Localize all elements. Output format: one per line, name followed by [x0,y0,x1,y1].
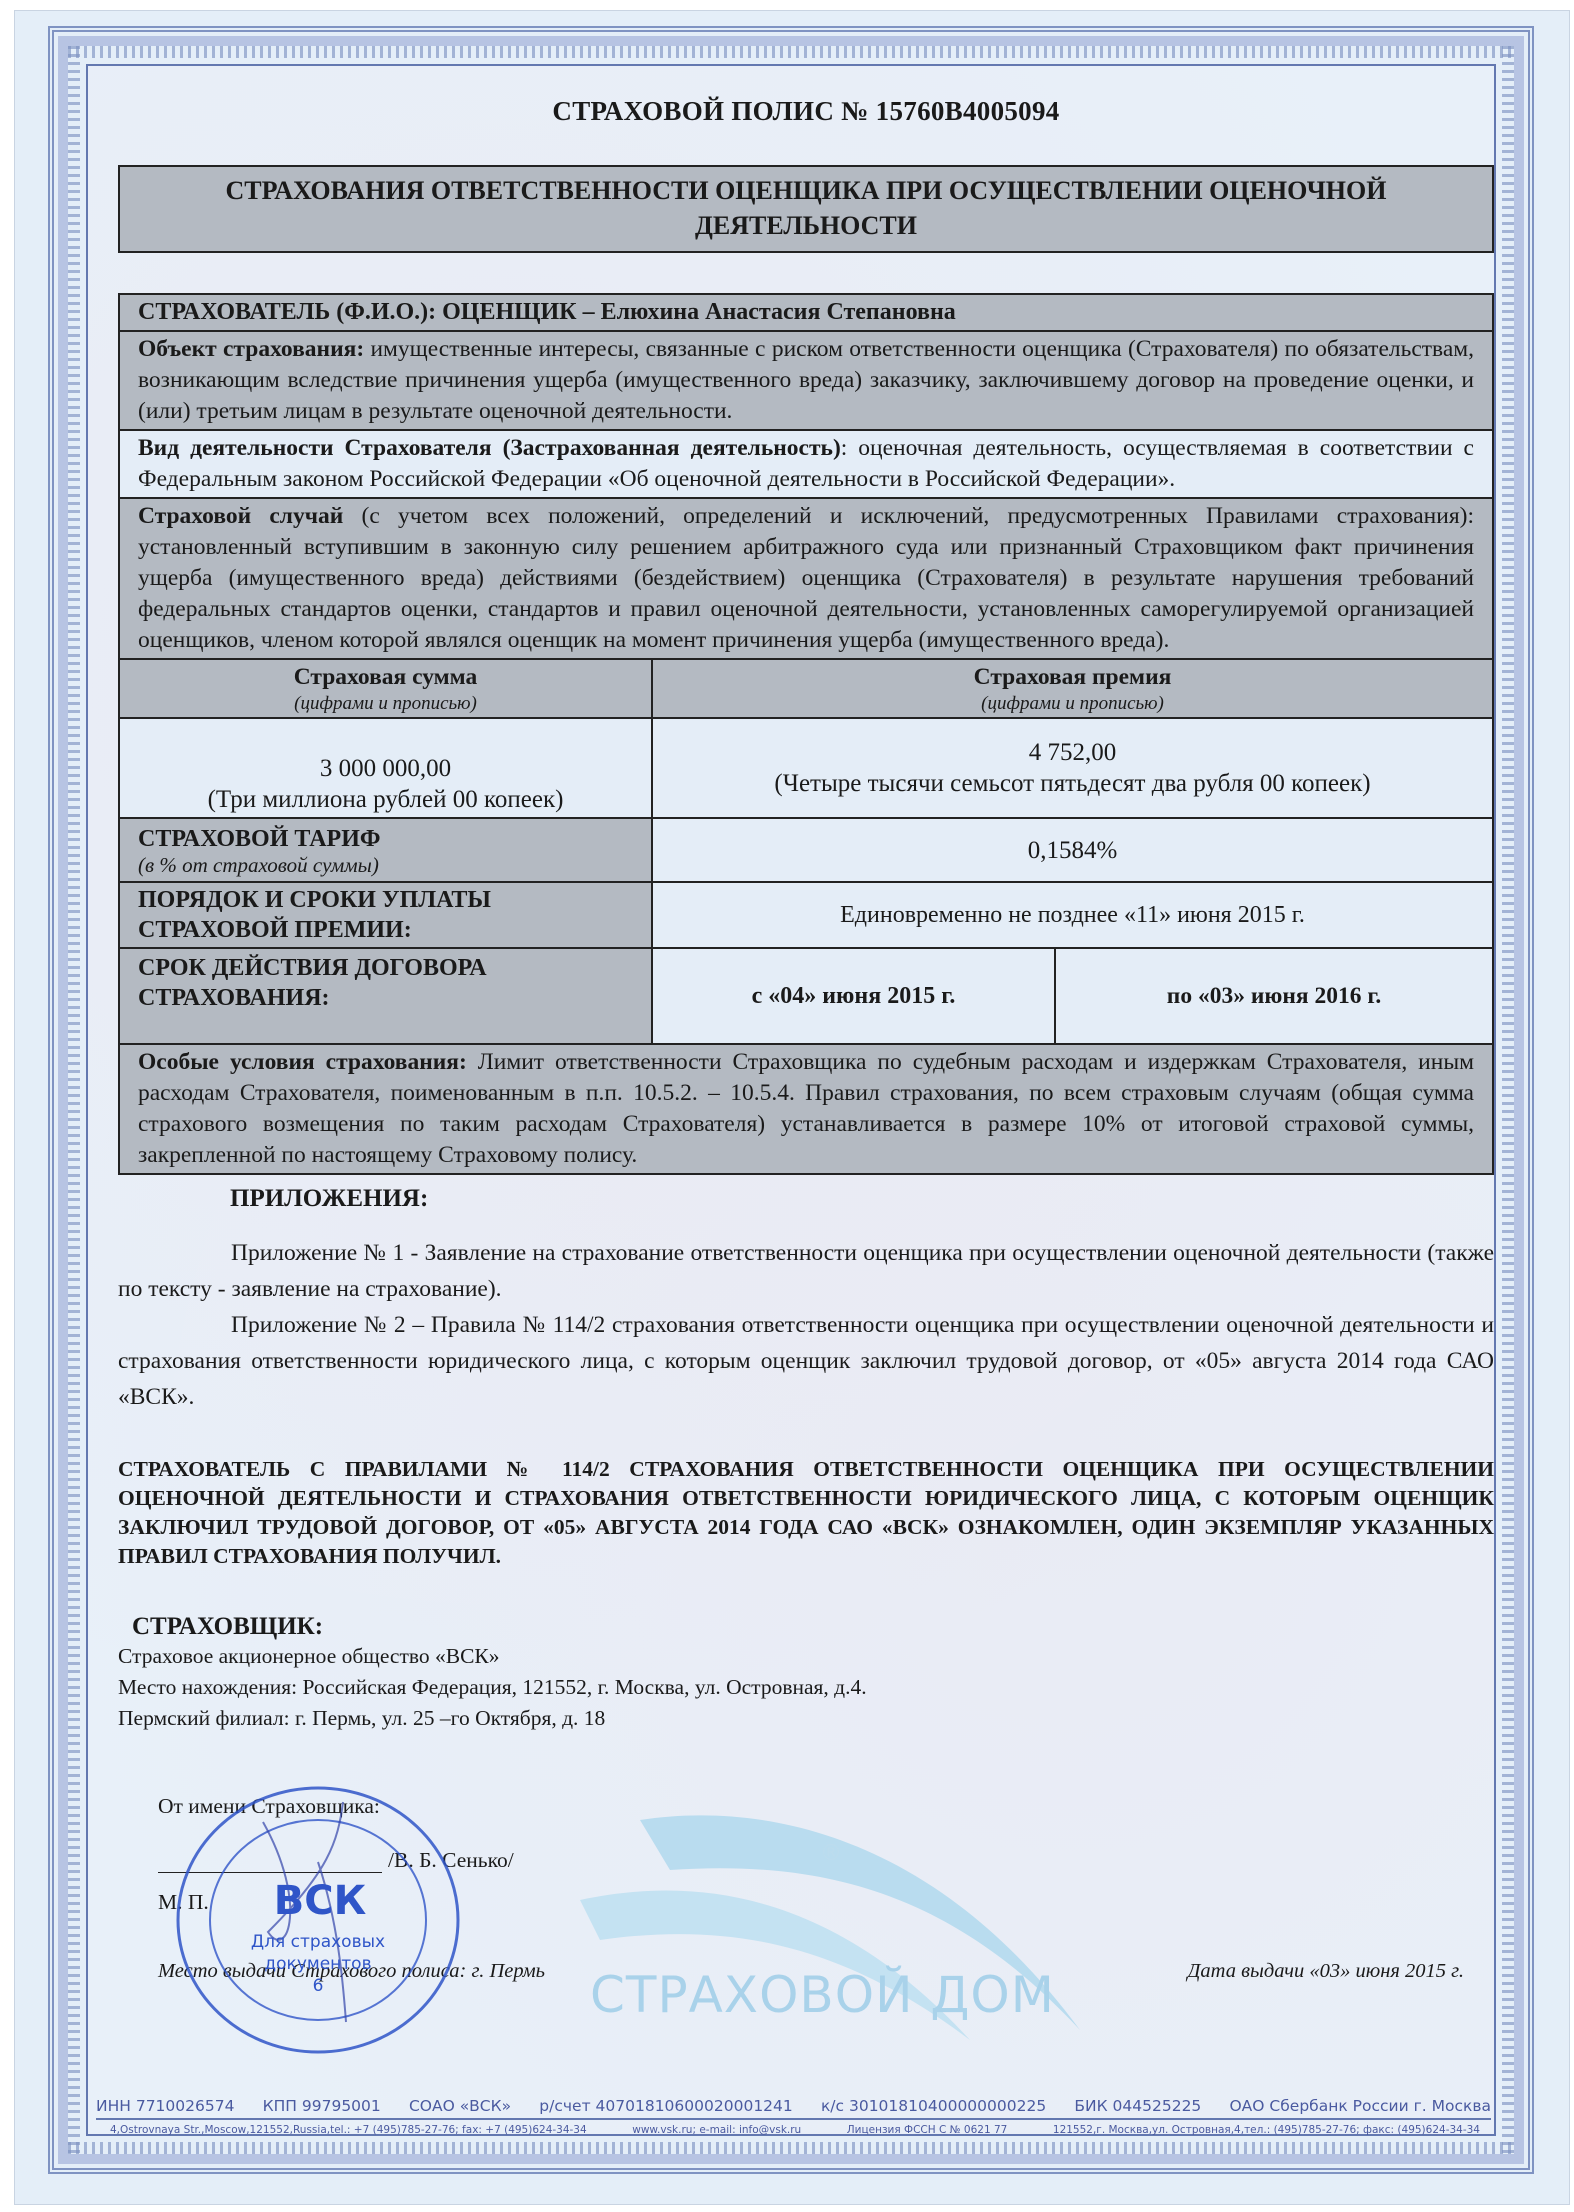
footer-contacts: 4,Ostrovnaya Str.,Moscow,121552,Russia,t… [110,2124,1480,2136]
stamp-line2: документов [238,1954,398,1974]
activity-label: Вид деятельности Страхователя (Застрахов… [138,435,841,461]
insurance-object-row: Объект страхования: имущественные интере… [119,331,1493,430]
sum-note: (цифрами и прописью) [138,693,633,715]
insured-event-row: Страховой случай (с учетом всех положени… [119,498,1493,659]
stamp-line1: Для страховых [238,1932,398,1952]
special-conditions-label: Особые условия страхования: [138,1049,467,1075]
footer-account: р/счет 40701810600020001241 [539,2097,792,2115]
policyholder-name: Елюхина Анастасия Степановна [601,299,956,325]
footer-inn: ИНН 7710026574 [96,2097,234,2115]
policyholder-label: СТРАХОВАТЕЛЬ (Ф.И.О.): ОЦЕНЩИК – [138,299,601,325]
premium-note: (цифрами и прописью) [671,693,1474,715]
sum-value: 3 000 000,00 [138,753,633,784]
payment-label: ПОРЯДОК И СРОКИ УПЛАТЫ СТРАХОВОЙ ПРЕМИИ: [119,882,652,948]
premium-header: Страховая премия [671,662,1474,693]
footer-license: Лицензия ФССН С № 0621 77 [847,2124,1008,2136]
footer-bik: БИК 044525225 [1074,2097,1201,2115]
company-seal-stamp: ВСК Для страховых документов 6 [168,1782,468,2058]
special-conditions-row: Особые условия страхования: Лимит ответс… [119,1044,1493,1174]
term-label: СРОК ДЕЙСТВИЯ ДОГОВОРА СТРАХОВАНИЯ: [119,948,652,1044]
tariff-value: 0,1584% [652,818,1493,882]
appendix-item: Приложение № 2 – Правила № 114/2 страхов… [118,1307,1494,1415]
appendix-item: Приложение № 1 - Заявление на страховани… [118,1235,1494,1307]
tariff-label-cell: СТРАХОВОЙ ТАРИФ (в % от страховой суммы) [119,818,652,882]
insurer-location: Место нахождения: Российская Федерация, … [118,1672,1494,1703]
sum-value-cell: 3 000 000,00 (Три миллиона рублей 00 коп… [119,718,652,818]
tariff-note: (в % от страховой суммы) [138,854,633,876]
premium-value-cell: 4 752,00 (Четыре тысячи семьсот пятьдеся… [652,718,1493,818]
policy-table: СТРАХОВАТЕЛЬ (Ф.И.О.): ОЦЕНЩИК – Елюхина… [118,293,1494,1175]
policyholder-row: СТРАХОВАТЕЛЬ (Ф.И.О.): ОЦЕНЩИК – Елюхина… [119,294,1493,331]
insurer-details: Страховое акционерное общество «ВСК» Мес… [118,1641,1494,1734]
footer-web: www.vsk.ru; e-mail: info@vsk.ru [632,2124,801,2136]
tariff-label: СТРАХОВОЙ ТАРИФ [138,824,633,854]
stamp-line3: 6 [238,1976,398,1996]
policy-content: СТРАХОВОЙ ПОЛИС № 15760B4005094 СТРАХОВА… [118,80,1494,1994]
footer-kpp: КПП 99795001 [263,2097,381,2115]
premium-words: (Четыре тысячи семьсот пятьдесят два руб… [671,768,1474,799]
policy-title: СТРАХОВОЙ ПОЛИС № 15760B4005094 [118,96,1494,127]
insured-event-label: Страховой случай [138,503,343,529]
sum-words: (Три миллиона рублей 00 копеек) [138,784,633,815]
activity-row: Вид деятельности Страхователя (Застрахов… [119,430,1493,498]
payment-value: Единовременно не позднее «11» июня 2015 … [652,882,1493,948]
insurer-company: Страховое акционерное общество «ВСК» [118,1641,1494,1672]
premium-header-cell: Страховая премия (цифрами и прописью) [652,659,1493,718]
sum-header: Страховая сумма [138,662,633,693]
term-from: с «04» июня 2015 г. [652,948,1055,1044]
insurer-branch: Пермский филиал: г. Пермь, ул. 25 –го Ок… [118,1703,1494,1734]
insurance-object-label: Объект страхования: [138,336,364,362]
appendices-title: ПРИЛОЖЕНИЯ: [230,1185,1494,1213]
footer-bank-details: ИНН 7710026574 КПП 99795001 СОАО «ВСК» р… [96,2097,1491,2120]
premium-value: 4 752,00 [671,737,1474,768]
footer-address-ru: 121552,г. Москва,ул. Островная,4,тел.: (… [1053,2124,1480,2136]
footer-bank: ОАО Сбербанк России г. Москва [1229,2097,1491,2115]
policy-subject: СТРАХОВАНИЯ ОТВЕТСТВЕННОСТИ ОЦЕНЩИКА ПРИ… [118,165,1494,253]
issue-date: Дата выдачи «03» июня 2015 г. [1187,1960,1464,1983]
insurer-title: СТРАХОВЩИК: [132,1613,1494,1641]
term-to: по «03» июня 2016 г. [1055,948,1493,1044]
footer-address-en: 4,Ostrovnaya Str.,Moscow,121552,Russia,t… [110,2124,587,2136]
acknowledgement-text: СТРАХОВАТЕЛЬ С ПРАВИЛАМИ № 114/2 СТРАХОВ… [118,1455,1494,1571]
footer-corr-account: к/с 30101810400000000225 [821,2097,1046,2115]
footer-company: СОАО «ВСК» [409,2097,511,2115]
stamp-logo: ВСК [260,1878,380,1924]
sum-header-cell: Страховая сумма (цифрами и прописью) [119,659,652,718]
appendices-list: Приложение № 1 - Заявление на страховани… [118,1235,1494,1415]
